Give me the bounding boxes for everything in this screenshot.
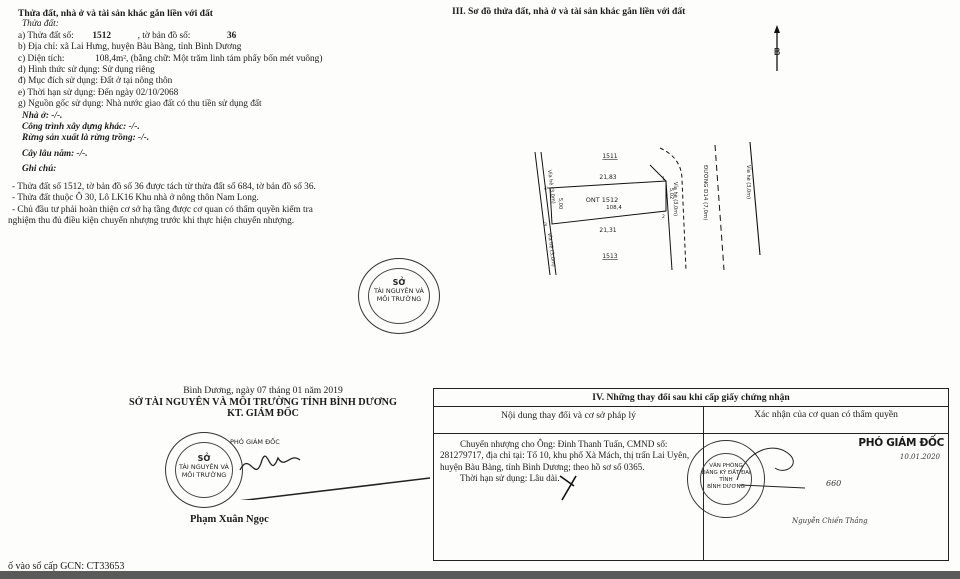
other-construction: Công trình xây dựng khác: -/-. [18,122,428,133]
svg-text:B: B [774,47,781,58]
notes-heading: Ghi chú: [18,164,428,175]
parcel-label: a) Thửa đất số: [18,31,74,42]
bottom-edge [0,571,960,579]
signature-scribble-icon [230,440,430,500]
signature-block: Bình Dương, ngày 07 tháng 01 năm 2019 SỞ… [108,385,418,419]
parcel-number: 1512 [92,31,111,42]
svg-text:1511: 1511 [602,153,617,160]
north-arrow-icon: B [770,25,784,73]
confirm-date: 10.01.2020 [900,453,940,461]
svg-text:1513: 1513 [602,253,617,260]
col-content-header: Nội dung thay đổi và cơ sở pháp lý [434,407,703,433]
svg-text:21,83: 21,83 [599,174,616,181]
seal-text: TÀI NGUYÊN VÀ [359,287,439,295]
svg-text:108,4: 108,4 [606,205,622,211]
cross-mark-icon [556,472,580,502]
issuing-org: SỞ TÀI NGUYÊN VÀ MÔI TRƯỜNG TỈNH BÌNH DƯ… [108,397,418,408]
svg-text:Vỉa hè (3,0m): Vỉa hè (3,0m) [546,169,557,204]
usage-origin: g) Nguồn gốc sử dụng: Nhà nước giao đất … [18,99,428,110]
usage-term: e) Thời hạn sử dụng: Đến ngày 02/10/2068 [18,88,428,99]
perennial: Cây lâu năm: -/-. [18,149,428,160]
changes-table-title: IV. Những thay đổi sau khi cấp giấy chứn… [434,389,948,407]
land-info-section: Thửa đất, nhà ở và tài sản khác gắn liền… [18,8,428,227]
land-heading: Thửa đất: [18,19,428,30]
map-label: , tờ bản đồ số: [138,31,191,42]
area-label: c) Diện tích: [18,54,64,65]
usage-form: d) Hình thức sử dụng: Sử dụng riêng [18,65,428,76]
section-title: Thửa đất, nhà ở và tài sản khác gắn liền… [18,8,428,19]
signer-name: Phạm Xuân Ngọc [190,514,269,525]
svg-text:2: 2 [662,214,665,220]
map-number: 36 [227,31,236,42]
official-seal: SỞ TÀI NGUYÊN VÀ MÔI TRƯỜNG [358,258,440,334]
note-item: nghiệm thu đủ điều kiện chuyển nhượng tr… [8,216,428,227]
entry-line: Chuyển nhượng cho Ông: Đinh Thanh Tuấn, … [440,439,702,450]
entry-line: 281279717, địa chỉ tại: Tổ 10, khu phố X… [440,450,702,461]
parcel-row: a) Thửa đất số: 1512 , tờ bản đồ số: 36 [18,31,428,42]
svg-text:Vỉa hè (3,0m): Vỉa hè (3,0m) [546,232,557,267]
confirm-code: 660 [826,479,841,488]
area-value: 108,4m², (bằng chữ: Một trăm linh tám ph… [95,54,322,65]
usage-purpose: đ) Mục đích sử dụng: Đất ở tại nông thôn [18,76,428,87]
col-confirm-header: Xác nhận của cơ quan có thẩm quyền [704,407,948,433]
address: b) Địa chỉ: xã Lai Hưng, huyện Bàu Bàng,… [18,42,428,53]
svg-text:5,00: 5,00 [557,198,563,209]
svg-text:ONT 1512: ONT 1512 [586,196,619,204]
svg-text:21,31: 21,31 [599,227,616,234]
parcel-diagram: Vỉa hè (3,0m) Vỉa hè (3,0m) 21,83 21,31 … [510,140,770,280]
changes-table-header: Nội dung thay đổi và cơ sở pháp lý Xác n… [434,407,948,434]
forest: Rừng sản xuất là rừng trồng: -/-. [18,133,428,144]
notes-list: - Thửa đất số 1512, tờ bản đồ số 36 được… [12,182,428,228]
confirm-signature-icon [735,440,815,490]
document-page: Thửa đất, nhà ở và tài sản khác gắn liền… [0,0,960,571]
seal-text: MÔI TRƯỜNG [359,295,439,303]
svg-text:Vỉa hè (3,0m): Vỉa hè (3,0m) [745,165,752,199]
note-item: - Thửa đất số 1512, tờ bản đồ số 36 được… [12,182,428,193]
seal-text: SỞ [359,279,439,287]
note-item: - Chủ đầu tư phải hoàn thiện cơ sở hạ tầ… [12,205,428,216]
signer-role: KT. GIÁM ĐỐC [108,408,418,419]
issue-date: Bình Dương, ngày 07 tháng 01 năm 2019 [108,385,418,396]
svg-text:ĐƯỜNG D14 (7,0m): ĐƯỜNG D14 (7,0m) [702,165,709,221]
section3-title: III. Sơ đồ thửa đất, nhà ở và tài sản kh… [452,6,685,17]
svg-text:3: 3 [544,222,547,228]
confirm-signer: Nguyễn Chiến Thắng [792,517,868,525]
svg-text:4: 4 [544,186,547,192]
svg-text:Vỉa hè (3,0m): Vỉa hè (3,0m) [672,182,679,216]
house: Nhà ở: -/-. [18,111,428,122]
area-row: c) Diện tích: 108,4m², (bằng chữ: Một tr… [18,54,428,65]
note-item: - Thửa đất thuộc Ô 30, Lô LK16 Khu nhà ở… [12,193,428,204]
